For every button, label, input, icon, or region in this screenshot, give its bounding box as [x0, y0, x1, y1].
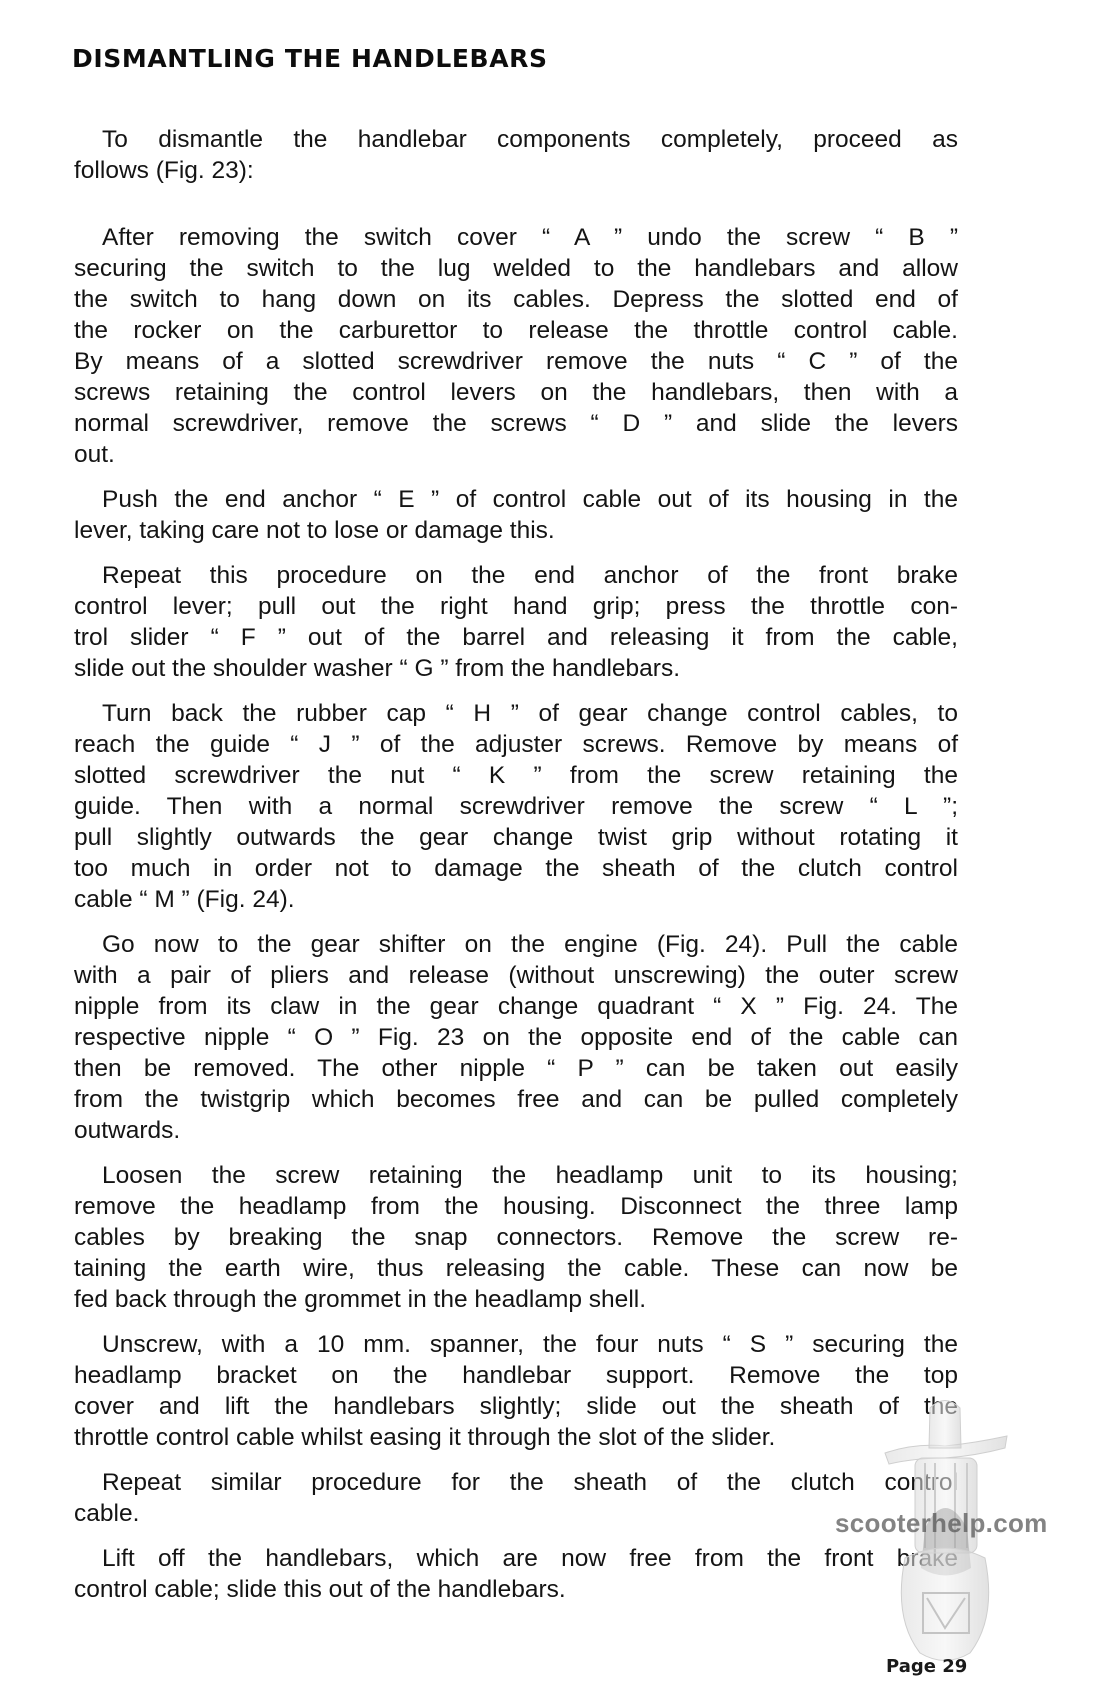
paragraph-line: Unscrew, with a 10 mm. spanner, the four…	[74, 1329, 958, 1360]
body-text: To dismantle the handlebar components co…	[74, 124, 958, 1605]
paragraph: Go now to the gear shifter on the engine…	[74, 929, 958, 1146]
paragraph-line: the switch to hang down on its cables. D…	[74, 284, 958, 315]
paragraph-line: remove the headlamp from the housing. Di…	[74, 1191, 958, 1222]
paragraph-line: pull slightly outwards the gear change t…	[74, 822, 958, 853]
paragraph-line: Lift off the handlebars, which are now f…	[74, 1543, 958, 1574]
paragraph-line: Go now to the gear shifter on the engine…	[74, 929, 958, 960]
document-page: DISMANTLING THE HANDLEBARS To dismantle …	[0, 0, 1100, 1700]
paragraph-line: slotted screwdriver the nut “ K ” from t…	[74, 760, 958, 791]
paragraph: After removing the switch cover “ A ” un…	[74, 222, 958, 470]
paragraph-line: After removing the switch cover “ A ” un…	[74, 222, 958, 253]
paragraph-line: cables by breaking the snap connectors. …	[74, 1222, 958, 1253]
paragraph: To dismantle the handlebar components co…	[74, 124, 958, 186]
paragraph-line: from the twistgrip which becomes free an…	[74, 1084, 958, 1115]
paragraph-line: too much in order not to damage the shea…	[74, 853, 958, 884]
paragraph-line: lever, taking care not to lose or damage…	[74, 515, 958, 546]
paragraph: Turn back the rubber cap “ H ” of gear c…	[74, 698, 958, 915]
watermark-text: scooterhelp.com	[835, 1508, 1048, 1539]
page-number: Page 29	[886, 1656, 967, 1677]
paragraph-line: follows (Fig. 23):	[74, 155, 958, 186]
paragraph-line: trol slider “ F ” out of the barrel and …	[74, 622, 958, 653]
paragraph-line: taining the earth wire, thus releasing t…	[74, 1253, 958, 1284]
paragraph-line: Push the end anchor “ E ” of control cab…	[74, 484, 958, 515]
paragraph-line: securing the switch to the lug welded to…	[74, 253, 958, 284]
paragraph-line: Turn back the rubber cap “ H ” of gear c…	[74, 698, 958, 729]
paragraph-line: reach the guide “ J ” of the adjuster sc…	[74, 729, 958, 760]
paragraph-line: fed back through the grommet in the head…	[74, 1284, 958, 1315]
paragraph-line: headlamp bracket on the handlebar suppor…	[74, 1360, 958, 1391]
paragraph: Repeat this procedure on the end anchor …	[74, 560, 958, 684]
paragraph-line: slide out the shoulder washer “ G ” from…	[74, 653, 958, 684]
paragraph: Repeat similar procedure for the sheath …	[74, 1467, 958, 1529]
paragraph: Push the end anchor “ E ” of control cab…	[74, 484, 958, 546]
paragraph-line: respective nipple “ O ” Fig. 23 on the o…	[74, 1022, 958, 1053]
paragraph: Unscrew, with a 10 mm. spanner, the four…	[74, 1329, 958, 1453]
paragraph: Lift off the handlebars, which are now f…	[74, 1543, 958, 1605]
paragraph-line: Repeat similar procedure for the sheath …	[74, 1467, 958, 1498]
paragraph-line: cable “ M ” (Fig. 24).	[74, 884, 958, 915]
paragraph-line: out.	[74, 439, 958, 470]
paragraph-line: By means of a slotted screwdriver remove…	[74, 346, 958, 377]
paragraph-line: the rocker on the carburettor to release…	[74, 315, 958, 346]
paragraph-line: normal screwdriver, remove the screws “ …	[74, 408, 958, 439]
paragraph: Loosen the screw retaining the headlamp …	[74, 1160, 958, 1315]
paragraph-line: nipple from its claw in the gear change …	[74, 991, 958, 1022]
paragraph-line: cable.	[74, 1498, 958, 1529]
paragraph-line: screws retaining the control levers on t…	[74, 377, 958, 408]
paragraph-line: Loosen the screw retaining the headlamp …	[74, 1160, 958, 1191]
paragraph-line: guide. Then with a normal screwdriver re…	[74, 791, 958, 822]
paragraph-line: then be removed. The other nipple “ P ” …	[74, 1053, 958, 1084]
page-heading: DISMANTLING THE HANDLEBARS	[72, 44, 548, 73]
paragraph-line: control cable; slide this out of the han…	[74, 1574, 958, 1605]
paragraph-line: cover and lift the handlebars slightly; …	[74, 1391, 958, 1422]
paragraph-line: throttle control cable whilst easing it …	[74, 1422, 958, 1453]
paragraph-line: outwards.	[74, 1115, 958, 1146]
paragraph-line: with a pair of pliers and release (witho…	[74, 960, 958, 991]
paragraph-line: Repeat this procedure on the end anchor …	[74, 560, 958, 591]
paragraph-line: To dismantle the handlebar components co…	[74, 124, 958, 155]
paragraph-line: control lever; pull out the right hand g…	[74, 591, 958, 622]
